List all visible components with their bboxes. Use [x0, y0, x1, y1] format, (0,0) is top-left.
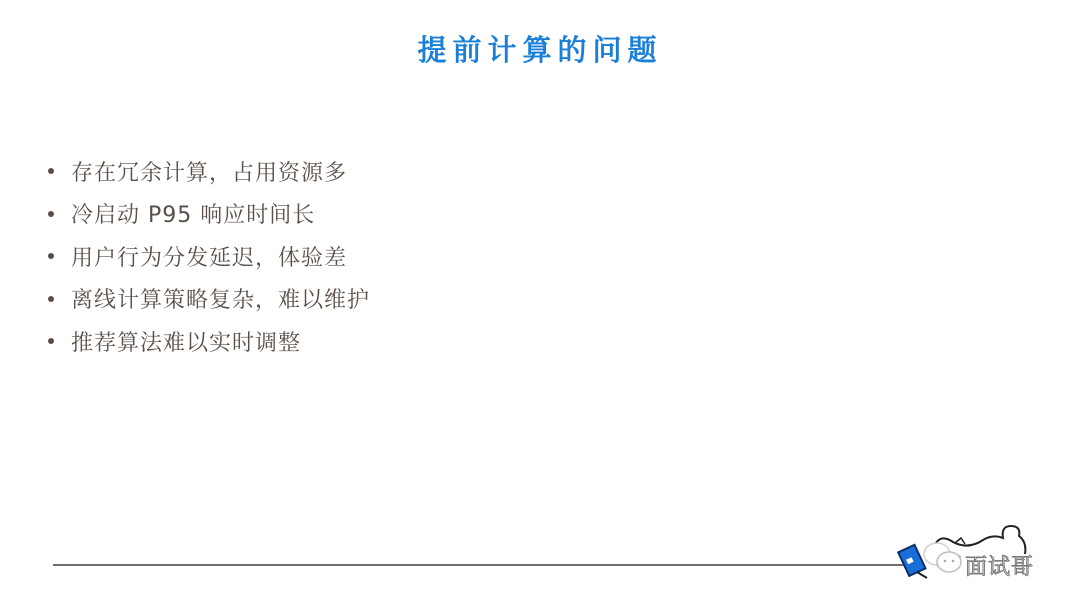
bullet-text: 离线计算策略复杂，难以维护 — [71, 283, 370, 314]
bullet-item: 推荐算法难以实时调整 — [44, 320, 370, 363]
bullet-text: 冷启动 P95 响应时间长 — [71, 198, 315, 229]
watermark: 面试哥 — [893, 520, 1063, 582]
bullet-item: 冷启动 P95 响应时间长 — [44, 193, 370, 236]
bullet-list: 存在冗余计算，占用资源多 冷启动 P95 响应时间长 用户行为分发延迟，体验差 … — [44, 150, 370, 363]
bullet-item: 用户行为分发延迟，体验差 — [44, 235, 370, 278]
bullet-text: 存在冗余计算，占用资源多 — [71, 156, 347, 187]
bullet-text: 用户行为分发延迟，体验差 — [71, 241, 347, 272]
footer-divider — [53, 564, 913, 566]
bullet-dot-icon — [48, 338, 54, 344]
slide-title: 提前计算的问题 — [0, 28, 1080, 69]
bullet-dot-icon — [48, 211, 54, 217]
wechat-icon — [921, 540, 965, 576]
bullet-item: 离线计算策略复杂，难以维护 — [44, 278, 370, 321]
bullet-text: 推荐算法难以实时调整 — [71, 326, 301, 357]
bullet-dot-icon — [48, 296, 54, 302]
bullet-dot-icon — [48, 168, 54, 174]
bullet-item: 存在冗余计算，占用资源多 — [44, 150, 370, 193]
watermark-text: 面试哥 — [965, 550, 1034, 581]
bullet-dot-icon — [48, 253, 54, 259]
